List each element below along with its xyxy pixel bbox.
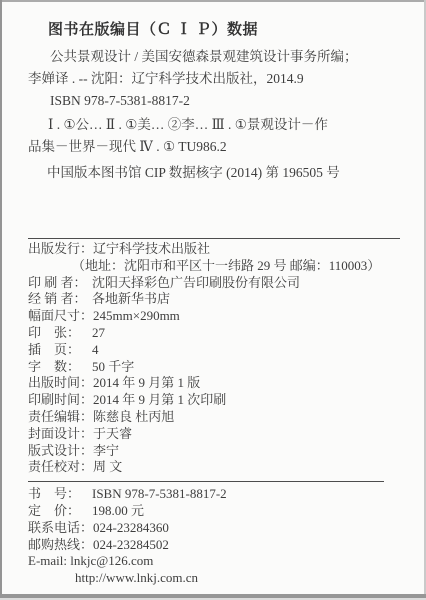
row-value: 024-23284502: [93, 537, 169, 554]
row-label: 邮购热线：: [28, 537, 93, 554]
table-row: 印刷时间： 2014 年 9 月第 1 次印刷: [28, 392, 402, 409]
row-label: 经 销 者：: [28, 291, 92, 308]
row-value: 024-23284360: [93, 520, 169, 537]
divider-top: [28, 238, 400, 239]
publisher-address: （地址：沈阳市和平区十一纬路 29 号 邮编：110003）: [28, 258, 402, 275]
row-label: 字 数：: [28, 359, 92, 376]
table-row: 经 销 者： 各地新华书店: [28, 291, 402, 308]
table-row: 印 张： 27: [28, 325, 402, 342]
row-label: 印刷时间：: [28, 392, 93, 409]
cip-title-lines: 公共景观设计 / 美国安德森景观建筑设计事务所编； 李婵译 . -- 沈阳：辽宁…: [28, 46, 402, 112]
divider-bottom: [28, 481, 384, 482]
cip-block: 图书在版编目（Ｃ Ｉ Ｐ）数据 公共景观设计 / 美国安德森景观建筑设计事务所编…: [28, 20, 402, 184]
row-value: 周 文: [93, 459, 122, 476]
row-label: 责任校对：: [28, 459, 93, 476]
table-row: 责任校对： 周 文: [28, 459, 402, 476]
table-row: 封面设计： 于天睿: [28, 426, 402, 443]
row-label: 出版发行：: [28, 241, 93, 258]
sales-block: 书 号： ISBN 978-7-5381-8817-2 定 价： 198.00 …: [28, 486, 402, 587]
row-value: 198.00 元: [92, 503, 144, 520]
table-row: 联系电话： 024-23284360: [28, 520, 402, 537]
table-row: 印 刷 者： 沈阳天择彩色广告印刷股份有限公司: [28, 275, 402, 292]
row-value: 沈阳天择彩色广告印刷股份有限公司: [92, 275, 300, 292]
scan-edge-left: [0, 0, 2, 600]
cip-title-line2: 李婵译 . -- 沈阳：辽宁科学技术出版社，2014.9: [28, 68, 402, 90]
table-row: 责任编辑： 陈慈良 杜丙旭: [28, 409, 402, 426]
table-row: 出版发行： 辽宁科学技术出版社: [28, 241, 402, 258]
scan-edge-top: [0, 0, 426, 2]
cip-title-line1: 公共景观设计 / 美国安德森景观建筑设计事务所编；: [28, 46, 402, 68]
row-value: ISBN 978-7-5381-8817-2: [92, 486, 227, 503]
row-label: 责任编辑：: [28, 409, 93, 426]
table-row: 幅面尺寸： 245mm×290mm: [28, 308, 402, 325]
email-line: E-mail: lnkjc@126.com: [28, 553, 402, 570]
row-value: 于天睿: [93, 426, 132, 443]
publication-block: 出版发行： 辽宁科学技术出版社 （地址：沈阳市和平区十一纬路 29 号 邮编：1…: [28, 241, 402, 476]
row-label: 书 号：: [28, 486, 92, 503]
row-label: 版式设计：: [28, 443, 93, 460]
cip-class-line1: Ⅰ . ①公… Ⅱ . ①美… ②李… Ⅲ . ①景观设计－作: [28, 114, 402, 136]
table-row: 字 数： 50 千字: [28, 359, 402, 376]
cip-record-line: 中国版本图书馆 CIP 数据核字 (2014) 第 196505 号: [28, 162, 402, 184]
table-row: 书 号： ISBN 978-7-5381-8817-2: [28, 486, 402, 503]
table-row: 邮购热线： 024-23284502: [28, 537, 402, 554]
row-value: 27: [92, 325, 105, 342]
table-row: 出版时间： 2014 年 9 月第 1 版: [28, 375, 402, 392]
row-label: 插 页：: [28, 342, 92, 359]
row-value: 245mm×290mm: [93, 308, 180, 325]
row-value: 辽宁科学技术出版社: [93, 241, 210, 258]
row-label: 印 张：: [28, 325, 92, 342]
cip-heading: 图书在版编目（Ｃ Ｉ Ｐ）数据: [28, 20, 402, 40]
row-value: 各地新华书店: [92, 291, 170, 308]
row-value: 李宁: [93, 443, 119, 460]
row-label: 定 价：: [28, 503, 92, 520]
table-row: 插 页： 4: [28, 342, 402, 359]
cip-classification: Ⅰ . ①公… Ⅱ . ①美… ②李… Ⅲ . ①景观设计－作 品集－世界－现代…: [28, 114, 402, 158]
row-label: 印 刷 者：: [28, 275, 92, 292]
row-value: 2014 年 9 月第 1 版: [93, 375, 200, 392]
row-value: 2014 年 9 月第 1 次印刷: [93, 392, 226, 409]
row-label: 联系电话：: [28, 520, 93, 537]
cip-isbn-line: ISBN 978-7-5381-8817-2: [28, 90, 402, 112]
row-label: 封面设计：: [28, 426, 93, 443]
row-label: 幅面尺寸：: [28, 308, 93, 325]
website-line: http://www.lnkj.com.cn: [28, 570, 402, 587]
table-row: 版式设计： 李宁: [28, 443, 402, 460]
page-content: 图书在版编目（Ｃ Ｉ Ｐ）数据 公共景观设计 / 美国安德森景观建筑设计事务所编…: [0, 0, 426, 600]
row-value: 4: [92, 342, 99, 359]
scanned-copyright-page: 图书在版编目（Ｃ Ｉ Ｐ）数据 公共景观设计 / 美国安德森景观建筑设计事务所编…: [0, 0, 426, 600]
row-label: 出版时间：: [28, 375, 93, 392]
table-row: 定 价： 198.00 元: [28, 503, 402, 520]
row-value: 50 千字: [92, 359, 134, 376]
cip-class-line2: 品集－世界－现代 Ⅳ . ① TU986.2: [28, 136, 402, 158]
row-value: 陈慈良 杜丙旭: [93, 409, 174, 426]
